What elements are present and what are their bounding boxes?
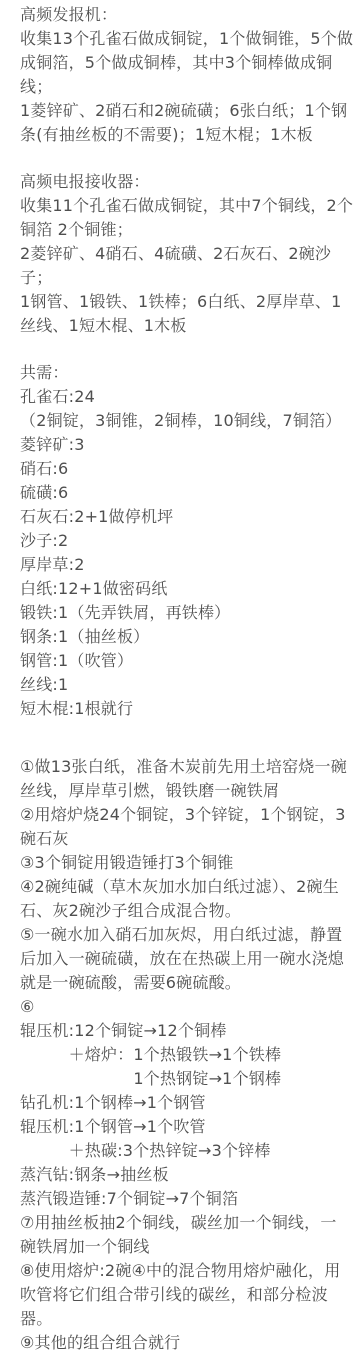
text-line: ＋熔炉：1个热锻铁→1个铁棒 bbox=[20, 1043, 350, 1067]
text-line: 丝线:1 bbox=[20, 673, 350, 697]
text-line: 1菱锌矿、2硝石和2碗硫磺；6张白纸；1个钢 bbox=[20, 99, 350, 123]
text-line: ＋热碳:3个热锌锭→3个锌棒 bbox=[20, 1139, 350, 1163]
text-line: 子； bbox=[20, 266, 350, 290]
text-line: 石灰石:2+1做停机坪 bbox=[20, 505, 350, 529]
text-line: 钻孔机:1个钢棒→1个钢管 bbox=[20, 1091, 350, 1115]
text-line: ⑥ bbox=[20, 995, 350, 1019]
text-line: 收集13个孔雀石做成铜锭，1个做铜锥，5个做 bbox=[20, 27, 350, 51]
text-line: ⑨其他的组合组合就行 bbox=[20, 1331, 350, 1355]
text-line: 碗石灰 bbox=[20, 827, 350, 851]
text-line: 成铜箔，5个做成铜棒，其中3个铜棒做成铜 bbox=[20, 51, 350, 75]
text-line: 收集11个孔雀石做成铜锭，其中7个铜线，2个 bbox=[20, 194, 350, 218]
text-line: 1个热钢锭→1个钢棒 bbox=[20, 1067, 350, 1091]
text-line: 线； bbox=[20, 75, 350, 99]
text-line: ④2碗纯碱（草木灰加水加白纸过滤）、2碗生 bbox=[20, 875, 350, 899]
section-transmitter-requirements: 高频发报机：收集13个孔雀石做成铜锭，1个做铜锥，5个做成铜箔，5个做成铜棒，其… bbox=[20, 3, 350, 147]
text-line: 共需： bbox=[20, 361, 350, 385]
text-line: （2铜锭，3铜锥，2铜棒，10铜线，7铜箔） bbox=[20, 409, 350, 433]
text-line: 1钢管、1锻铁、1铁棒；6白纸、2厚岸草、1 bbox=[20, 290, 350, 314]
text-line: 白纸:12+1做密码纸 bbox=[20, 577, 350, 601]
text-line: 后加入一碗硫磺，放在在热碳上用一碗水浇熄 bbox=[20, 947, 350, 971]
text-line: 铜箔 2个铜锥； bbox=[20, 218, 350, 242]
text-line: 蒸汽钻:钢条→抽丝板 bbox=[20, 1163, 350, 1187]
text-line: 蒸汽锻造锤:7个铜锭→7个铜箔 bbox=[20, 1187, 350, 1211]
text-line: 辊压机:1个钢管→1个吹管 bbox=[20, 1115, 350, 1139]
text-line: 条(有抽丝板的不需要)；1短木棍；1木板 bbox=[20, 123, 350, 147]
text-line: 2菱锌矿、4硝石、4硫磺、2石灰石、2碗沙 bbox=[20, 242, 350, 266]
text-line: 就是一碗硫酸，需要6碗硫酸。 bbox=[20, 971, 350, 995]
text-line: 吹管将它们组合带引线的碳丝，和部分检波 bbox=[20, 1283, 350, 1307]
section-crafting-steps: ①做13张白纸，准备木炭前先用土培窑烧一碗丝线，厚岸草引燃，锻铁磨一碗铁屑②用熔… bbox=[20, 755, 350, 1355]
text-line: 辊压机:12个铜锭→12个铜棒 bbox=[20, 1019, 350, 1043]
text-line: 钢条:1（抽丝板） bbox=[20, 625, 350, 649]
text-line: 器。 bbox=[20, 1307, 350, 1331]
text-line: 沙子:2 bbox=[20, 529, 350, 553]
text-line: 石、灰2碗沙子组合成混合物。 bbox=[20, 899, 350, 923]
notes-document: 高频发报机：收集13个孔雀石做成铜锭，1个做铜锥，5个做成铜箔，5个做成铜棒，其… bbox=[0, 0, 360, 1355]
text-line: ⑧使用熔炉:2碗④中的混合物用熔炉融化，用 bbox=[20, 1259, 350, 1283]
text-line: ②用熔炉烧24个铜锭，3个锌锭，1个钢锭，3 bbox=[20, 803, 350, 827]
text-line: ⑤一碗水加入硝石加灰烬，用白纸过滤，静置 bbox=[20, 923, 350, 947]
text-line: 高频电报接收器： bbox=[20, 170, 350, 194]
text-line: ①做13张白纸，准备木炭前先用土培窑烧一碗 bbox=[20, 755, 350, 779]
text-line: ③3个铜锭用锻造锤打3个铜锥 bbox=[20, 851, 350, 875]
text-line: 厚岸草:2 bbox=[20, 553, 350, 577]
text-line: 硝石:6 bbox=[20, 457, 350, 481]
text-line: ⑦用抽丝板抽2个铜线，碳丝加一个铜线，一 bbox=[20, 1211, 350, 1235]
text-line: 孔雀石:24 bbox=[20, 385, 350, 409]
text-line: 碗铁屑加一个铜线 bbox=[20, 1235, 350, 1259]
text-line: 丝线，厚岸草引燃，锻铁磨一碗铁屑 bbox=[20, 779, 350, 803]
section-receiver-requirements: 高频电报接收器：收集11个孔雀石做成铜锭，其中7个铜线，2个铜箔 2个铜锥；2菱… bbox=[20, 170, 350, 338]
text-line: 硫磺:6 bbox=[20, 481, 350, 505]
section-total-materials: 共需：孔雀石:24（2铜锭，3铜锥，2铜棒，10铜线，7铜箔）菱锌矿:3硝石:6… bbox=[20, 361, 350, 721]
text-line: 钢管:1（吹管） bbox=[20, 649, 350, 673]
text-line: 短木棍:1根就行 bbox=[20, 697, 350, 721]
text-line: 菱锌矿:3 bbox=[20, 433, 350, 457]
text-line: 丝线、1短木棍、1木板 bbox=[20, 314, 350, 338]
text-line: 高频发报机： bbox=[20, 3, 350, 27]
text-line: 锻铁:1（先弄铁屑，再铁棒） bbox=[20, 601, 350, 625]
